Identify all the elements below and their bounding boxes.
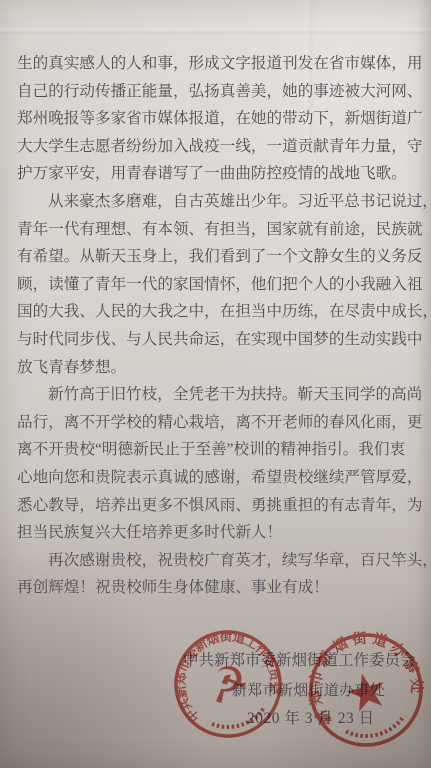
paper-crease-horizontal <box>0 27 431 34</box>
letter-line: 从来豪杰多磨难，自古英雄出少年。习近平总书记说过， <box>17 188 429 216</box>
letter-line: 郑州晚报等多家省市媒体报道，在她的带动下，新烟街道广 <box>17 105 429 133</box>
hammer-sickle-icon: ☭ <box>200 652 256 716</box>
photographed-letter-paper: 生的真实感人的人和事，形成文字报道刊发在省市媒体，用 自己的行动传播正能量，弘扬… <box>0 0 431 768</box>
letter-line: 青年一代有理想、有本领、有担当，国家就有前途，民族就 <box>17 216 429 244</box>
street-office-seal: 新郑市新烟街道办事处 ★ <box>292 616 431 764</box>
letter-line: 担当民族复兴大任培养更多时代新人！ <box>17 519 429 547</box>
letter-line: 与时代同步伐、与人民共命运，在实现中国梦的生动实践中 <box>17 326 429 354</box>
star-icon: ★ <box>338 658 396 725</box>
letter-line: 自己的行动传播正能量，弘扬真善美，她的事迹被大河网、 <box>17 78 429 106</box>
letter-line: 生的真实感人的人和事，形成文字报道刊发在省市媒体，用 <box>17 50 429 78</box>
letter-body-text: 生的真实感人的人和事，形成文字报道刊发在省市媒体，用 自己的行动传播正能量，弘扬… <box>17 50 429 602</box>
letter-line: 悉心教导，培养出更多不惧风雨、勇挑重担的有志青年，为 <box>17 492 429 520</box>
letter-line: 放飞青春梦想。 <box>17 354 429 382</box>
letter-line: 有希望。从靳天玉身上，我们看到了一个文静女生的义务反 <box>17 243 429 271</box>
letter-line: 护万家平安，用青春谱写了一曲曲防控疫情的战地飞歌。 <box>17 160 429 188</box>
letter-line: 再创辉煌！祝贵校师生身体健康、事业有成！ <box>17 574 429 602</box>
party-committee-seal: 中共新郑市委新烟街道工作委员会 ☭ <box>155 611 301 757</box>
letter-line: 再次感谢贵校，祝贵校广育英才，续写华章，百尺竿头， <box>17 547 429 575</box>
letter-line: 品行，离不开学校的精心栽培，离不开老师的春风化雨，更 <box>17 409 429 437</box>
letter-line: 心地向您和贵院表示真诚的感谢，希望贵校继续严管厚爱， <box>17 464 429 492</box>
letter-line: 大大学生志愿者纷纷加入战疫一线，一道贡献青年力量，守 <box>17 133 429 161</box>
letter-line: 顾，读懂了青年一代的家国情怀，他们把个人的小我融入祖 <box>17 271 429 299</box>
letter-line: 新竹高于旧竹枝，全凭老干为扶持。靳天玉同学的高尚 <box>17 381 429 409</box>
letter-line: 国的大我、人民的大我之中，在担当中历练，在尽责中成长， <box>17 298 429 326</box>
letter-line: 离不开贵校“明德新民止于至善”校训的精神指引。我们衷 <box>17 436 429 464</box>
